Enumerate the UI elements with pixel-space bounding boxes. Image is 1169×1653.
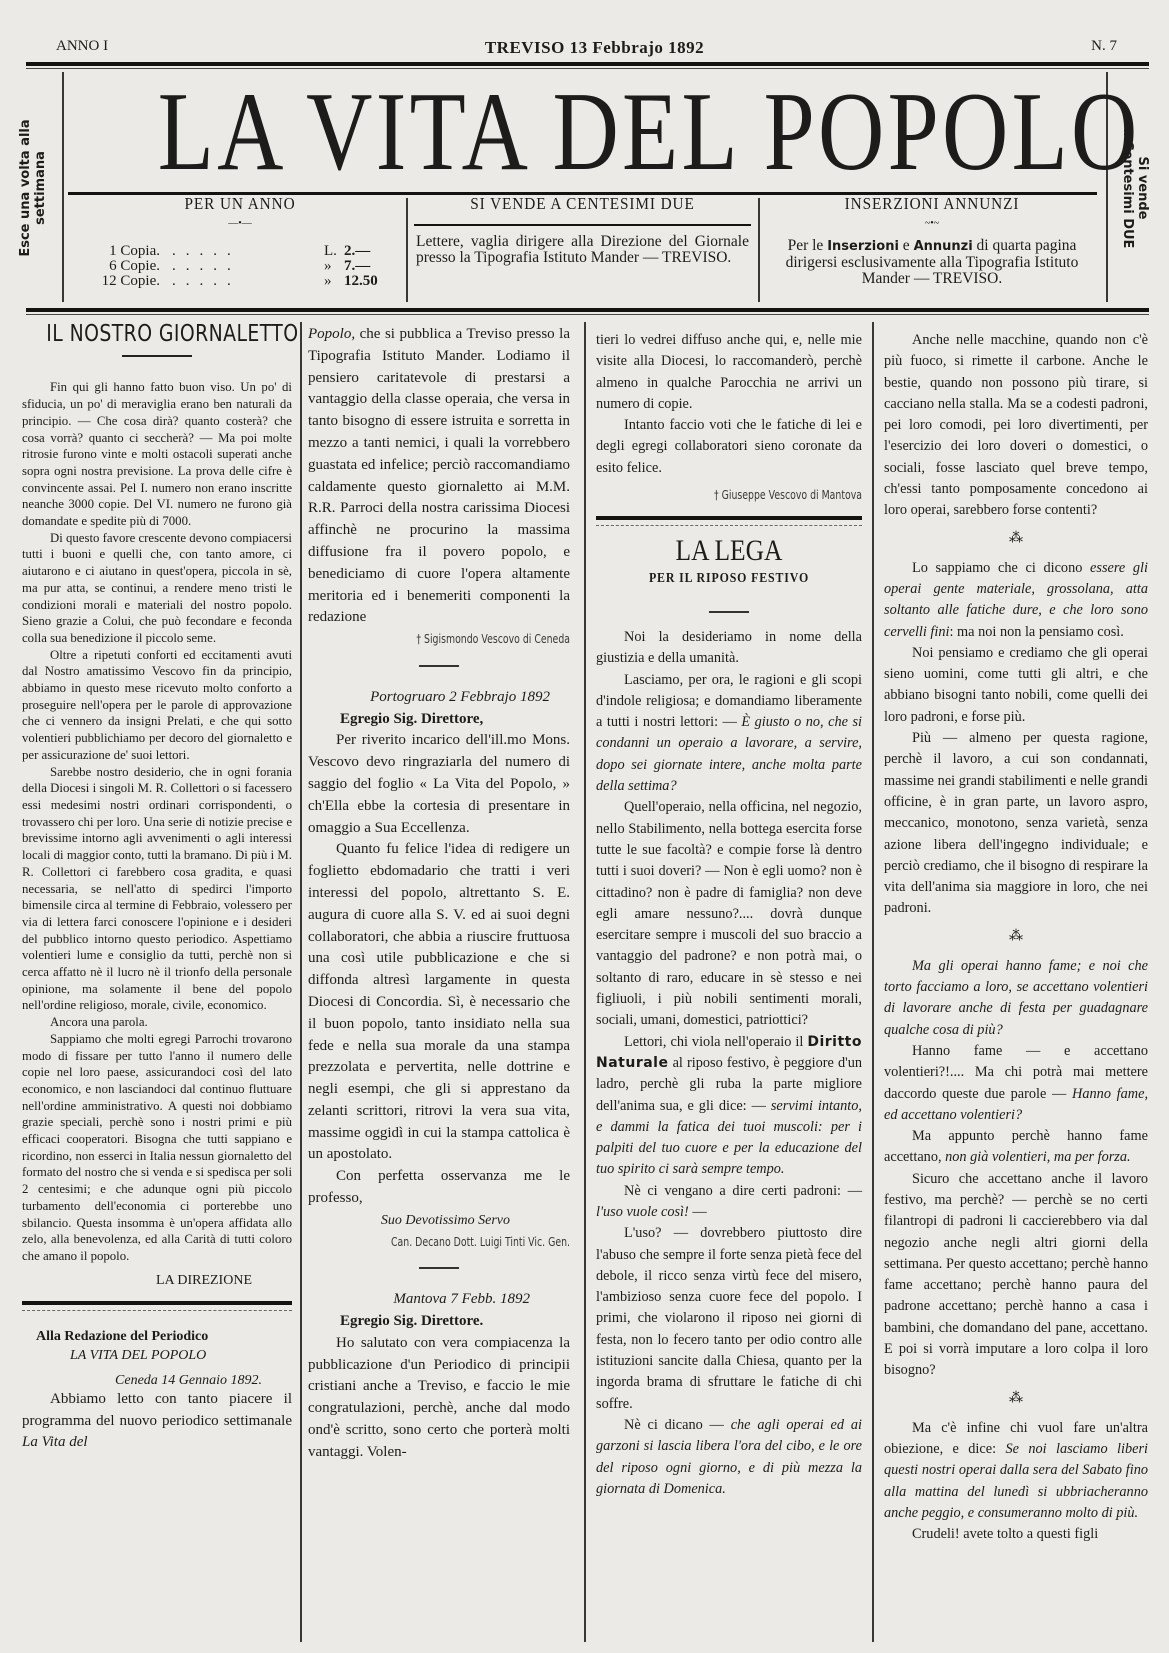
asterism-icon: ⁂ [884, 532, 1148, 546]
ornament-icon: ~•~ [762, 216, 1102, 232]
ads-heading: INSERZIONI ANNUNZI [779, 196, 1085, 212]
price-qty: 12 Copie. [90, 274, 160, 289]
paragraph: Fin qui gli hanno fatto buon viso. Un po… [22, 379, 292, 529]
subscription-heading: PER UN ANNO [96, 196, 384, 212]
side-note-left-line2: settimana [33, 119, 48, 256]
paragraph: Ho salutato con vera compiacenza la pubb… [308, 1333, 570, 1464]
price-value: 7.— [344, 259, 400, 274]
asterism-icon: ⁂ [884, 1392, 1148, 1406]
paragraph: Intanto faccio voti che le fatiche di le… [596, 415, 862, 479]
price-qty: 6 Copie. [90, 259, 160, 274]
ads-box: INSERZIONI ANNUNZI ~•~ Per le Inserzioni… [762, 196, 1102, 304]
column-divider [584, 322, 586, 1642]
closing: Suo Devotissimo Servo [308, 1210, 570, 1232]
article-la-lega: tieri lo vedrei diffuso anche qui, e, ne… [596, 330, 862, 1500]
paragraph: Noi la desideriamo in nome della giustiz… [596, 627, 862, 670]
ornament-icon [22, 349, 292, 366]
text: : ma noi non la pensiamo così. [950, 624, 1124, 640]
salutation: Egregio Sig. Direttore. [308, 1311, 570, 1333]
issue-number: N. 7 [1091, 38, 1117, 55]
paragraph: Ma appunto perchè hanno fame accettano, … [884, 1126, 1148, 1169]
letters-column: Popolo, che si pubblica a Treviso presso… [308, 324, 570, 1464]
column-divider [300, 322, 302, 1642]
subscription-box: PER UN ANNO ―•― 1 Copia. ..... L. 2.— 6 … [80, 196, 400, 304]
price-currency: » [324, 259, 344, 274]
italic-text: La Vita del [22, 1434, 88, 1450]
text: Lettori, chi viola nell'operaio il [624, 1034, 803, 1050]
price-value: 12.50 [344, 274, 400, 289]
letter-heading: Alla Redazione del Periodico [22, 1329, 292, 1346]
ads-text: Per le [788, 237, 824, 254]
ads-text: e [903, 237, 910, 254]
paragraph: Di questo favore crescente devono compia… [22, 530, 292, 647]
paragraph: Con perfetta osservanza me le professo, [308, 1166, 570, 1210]
paragraph: tieri lo vedrei diffuso anche qui, e, ne… [596, 330, 862, 415]
paragraph: L'uso? — dovrebbero piuttosto dire l'abu… [596, 1223, 862, 1415]
text: Lo sappiamo che ci dicono [912, 560, 1082, 576]
text: Nè ci dicano — [624, 1417, 724, 1433]
text: che si pubblica a Treviso presso la Tipo… [308, 326, 570, 625]
signature: LA DIREZIONE [22, 1273, 292, 1290]
text: — [692, 1204, 706, 1220]
italic-text: non già volentieri, ma per forza. [945, 1149, 1130, 1165]
paragraph: Lettori, chi viola nell'operaio il Dirit… [596, 1032, 862, 1181]
text: Abbiamo letto con tanto piacere il progr… [22, 1391, 292, 1429]
price-currency: L. [324, 244, 344, 259]
paragraph: Lasciamo, per ora, le ragioni e gli scop… [596, 670, 862, 798]
side-note-left-line1: Esce una volta alla [18, 119, 33, 256]
newspaper-page: ANNO I TREVISO 13 Febbrajo 1892 N. 7 Esc… [0, 0, 1169, 1653]
price-qty: 1 Copia. [90, 244, 160, 259]
price-row: 6 Copie. ..... » 7.— [80, 259, 400, 274]
paragraph: Nè ci dicano — che agli operai ed ai gar… [596, 1415, 862, 1500]
side-note-left: Esce una volta alla settimana [8, 78, 58, 298]
ads-bold-text: Annunzi [914, 239, 973, 254]
italic-text: Popolo, [308, 326, 355, 342]
price-row: 12 Copie. ..... » 12.50 [80, 274, 400, 289]
date-line: TREVISO 13 Febbrajo 1892 [40, 38, 1149, 58]
italic-text: Ma gli operai hanno fame; e noi che tort… [884, 958, 1148, 1038]
paragraph: Abbiamo letto con tanto piacere il progr… [22, 1389, 292, 1454]
paragraph: Sicuro che accettano anche il lavoro fes… [884, 1169, 1148, 1382]
ornament-icon [596, 602, 862, 623]
price-row: 1 Copia. ..... L. 2.— [80, 244, 400, 259]
letter-date: Mantova 7 Febb. 1892 [308, 1289, 570, 1311]
paragraph: Oltre a ripetuti conforti ed eccitamenti… [22, 647, 292, 764]
paragraph: Sarebbe nostro desiderio, che in ogni fo… [22, 764, 292, 1015]
info-divider [406, 198, 408, 302]
info-divider [758, 198, 760, 302]
top-rule-thin [26, 68, 1149, 69]
paragraph: Lo sappiamo che ci dicono essere gli ope… [884, 558, 1148, 643]
header-bottom-rule [26, 308, 1149, 312]
masthead: LA VITA DEL POPOLO [64, 76, 1105, 188]
top-line: ANNO I TREVISO 13 Febbrajo 1892 N. 7 [40, 38, 1149, 62]
article-la-lega-continued: Anche nelle macchine, quando non c'è più… [884, 330, 1148, 1545]
asterism-icon: ⁂ [884, 930, 1148, 944]
signature: Can. Decano Dott. Luigi Tinti Vic. Gen. [366, 1232, 570, 1254]
section-rule [596, 516, 862, 526]
paragraph: Quell'operaio, nella officina, nel negoz… [596, 797, 862, 1031]
letter-date: Ceneda 14 Gennaio 1892. [22, 1373, 292, 1390]
article-title: LA LEGA [616, 534, 842, 568]
ornament-icon [308, 1257, 570, 1279]
sale-heading-rule [414, 224, 751, 226]
signature: † Sigismondo Vescovo di Ceneda [366, 629, 570, 651]
ads-body: Per le Inserzioni e Annunzi di quarta pa… [762, 238, 1102, 287]
header-bottom-rule-thin [26, 314, 1149, 315]
text: Nè ci vengano a dire certi padroni: — [624, 1183, 862, 1199]
ornament-icon: ―•― [80, 216, 400, 232]
ads-bold-text: Inserzioni [827, 239, 899, 254]
article-subtitle: PER IL RIPOSO FESTIVO [616, 568, 842, 589]
article-il-nostro-giornaletto: IL NOSTRO GIORNALETTO Fin qui gli hanno … [22, 324, 292, 1454]
paragraph: Per riverito incarico dell'ill.mo Mons. … [308, 730, 570, 839]
paragraph: Noi pensiamo e crediamo che gli operai s… [884, 643, 1148, 728]
column-divider [872, 322, 874, 1642]
section-rule [22, 1301, 292, 1311]
price-value: 2.— [344, 244, 400, 259]
letter-date: Portogruaro 2 Febbrajo 1892 [308, 687, 570, 709]
newspaper-title: LA VITA DEL POPOLO [158, 76, 1012, 188]
letter-heading-title: LA VITA DEL POPOLO [22, 1348, 292, 1365]
paragraph: Ma c'è infine chi vuol fare un'altra obi… [884, 1418, 1148, 1524]
ornament-icon [308, 655, 570, 677]
sale-box: SI VENDE A CENTESIMI DUE Lettere, vaglia… [410, 196, 755, 304]
paragraph: Anche nelle macchine, quando non c'è più… [884, 330, 1148, 522]
paragraph: Popolo, che si pubblica a Treviso presso… [308, 324, 570, 629]
signature: † Giuseppe Vescovo di Mantova [655, 485, 862, 506]
top-rule [26, 62, 1149, 66]
price-currency: » [324, 274, 344, 289]
paragraph: Ancora una parola. [22, 1014, 292, 1031]
paragraph: Più — almeno per questa ragione, perchè … [884, 728, 1148, 920]
sale-heading: SI VENDE A CENTESIMI DUE [427, 196, 738, 212]
paragraph: Quanto fu felice l'idea di redigere un f… [308, 839, 570, 1166]
paragraph: Sappiamo che molti egregi Parrochi trova… [22, 1031, 292, 1265]
sale-body: Lettere, vaglia dirigere alla Direzione … [410, 234, 755, 266]
paragraph: Hanno fame — e accettano volentieri?!...… [884, 1041, 1148, 1126]
paragraph: Ma gli operai hanno fame; e noi che tort… [884, 956, 1148, 1041]
paragraph: Nè ci vengano a dire certi padroni: — l'… [596, 1181, 862, 1224]
leader-dots: ..... [160, 259, 324, 274]
leader-dots: ..... [160, 244, 324, 259]
article-title: IL NOSTRO GIORNALETTO [46, 326, 267, 343]
leader-dots: ..... [160, 274, 324, 289]
salutation: Egregio Sig. Direttore, [308, 709, 570, 731]
italic-text: l'uso vuole così! [596, 1204, 689, 1220]
paragraph: Crudeli! avete tolto a questi figli [884, 1524, 1148, 1545]
